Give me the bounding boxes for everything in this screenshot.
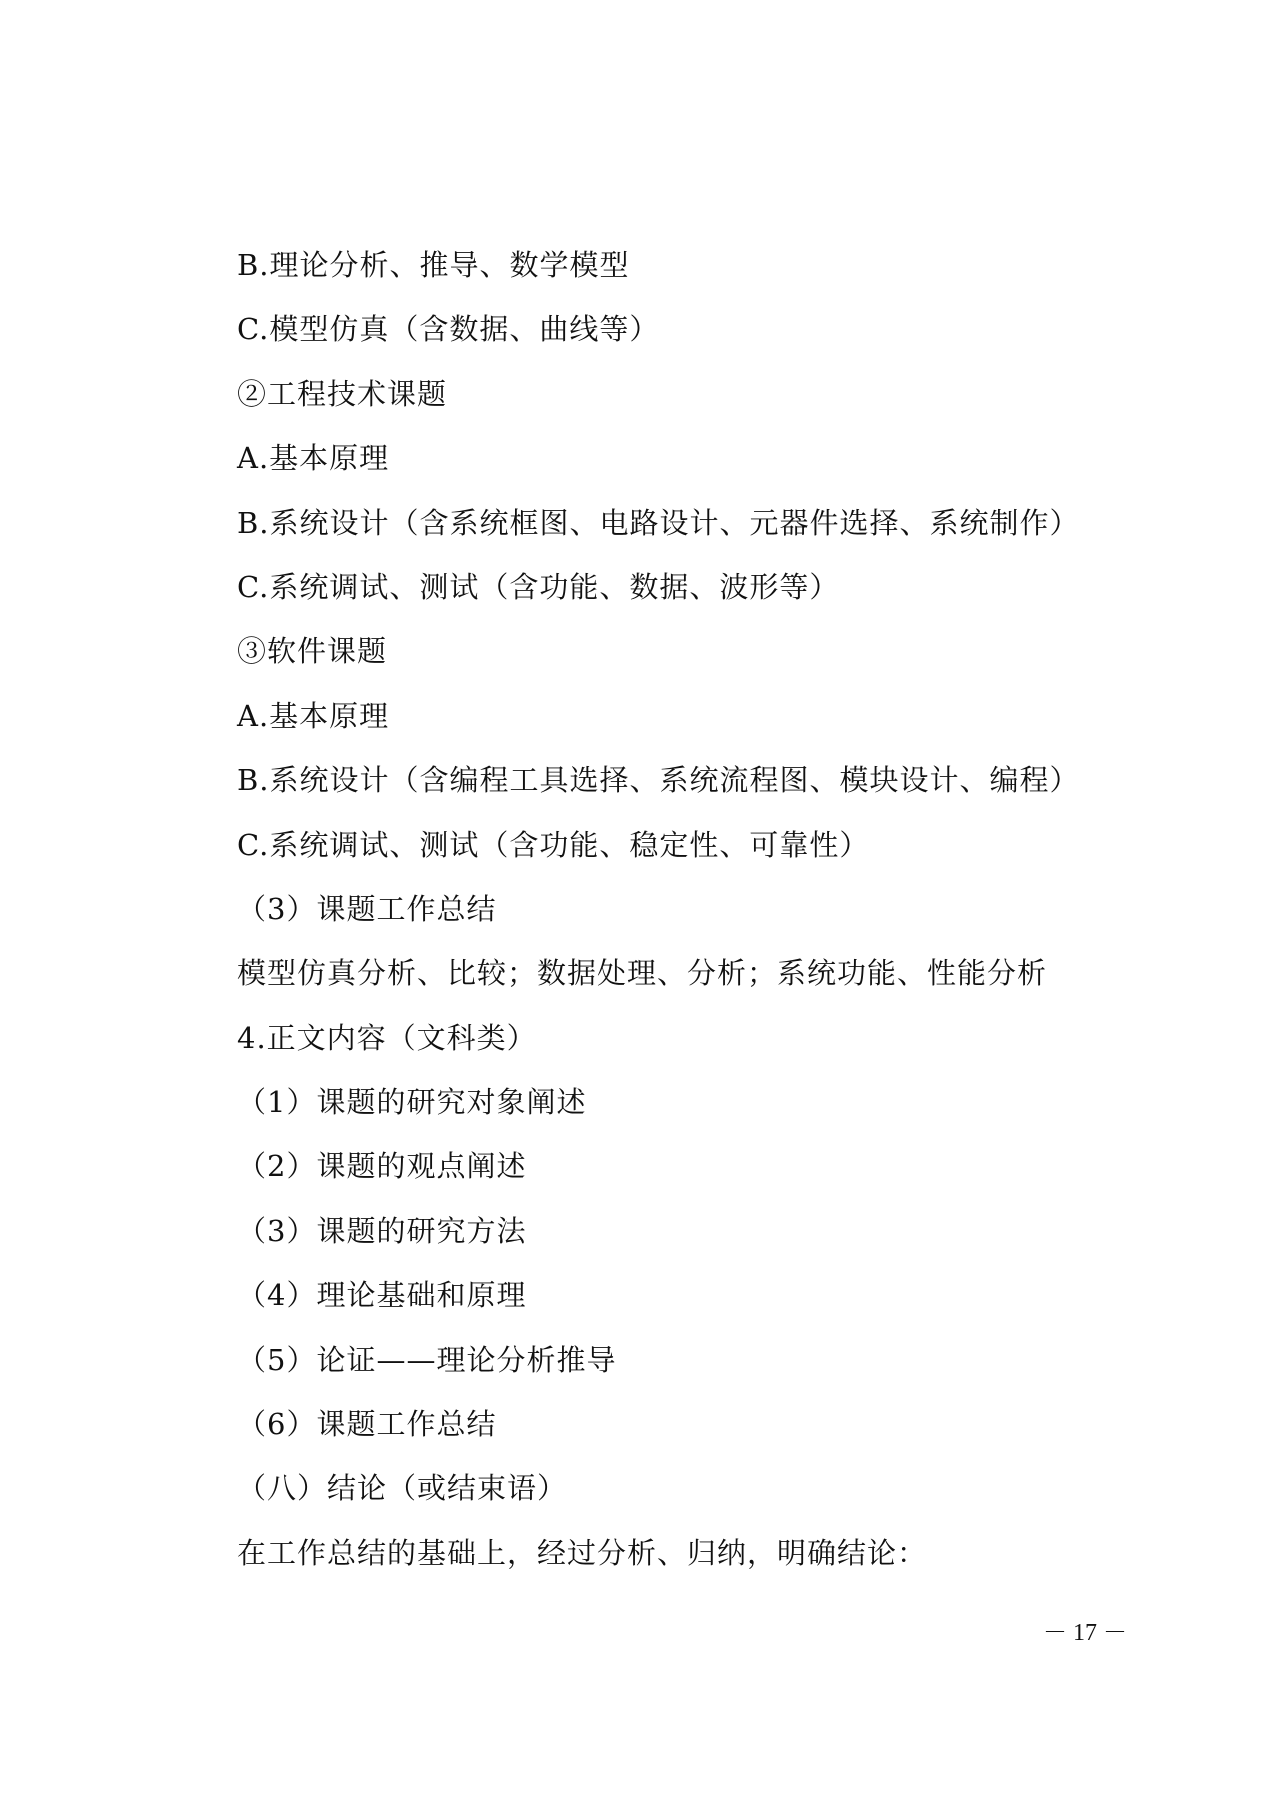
section-heading: （八）结论（或结束语） (237, 1456, 1137, 1520)
text-line: A.基本原理 (237, 426, 1137, 490)
text-line: C.系统调试、测试（含功能、稳定性、可靠性） (237, 813, 1137, 877)
text-line: A.基本原理 (237, 684, 1137, 748)
text-line: 模型仿真分析、比较；数据处理、分析；系统功能、性能分析 (237, 941, 1137, 1005)
section-heading: ②工程技术课题 (237, 362, 1137, 426)
text-line: C.系统调试、测试（含功能、数据、波形等） (237, 555, 1137, 619)
text-line: 在工作总结的基础上，经过分析、归纳，明确结论： (237, 1521, 1137, 1585)
page-number: － 17 － (1030, 1612, 1140, 1647)
list-item: （4）理论基础和原理 (237, 1263, 1137, 1327)
section-heading: （3）课题工作总结 (237, 877, 1137, 941)
list-item: （1）课题的研究对象阐述 (237, 1070, 1137, 1134)
text-line: B.理论分析、推导、数学模型 (237, 233, 1137, 297)
body-text: B.理论分析、推导、数学模型 C.模型仿真（含数据、曲线等） ②工程技术课题 A… (237, 233, 1137, 1585)
list-item: （6）课题工作总结 (237, 1392, 1137, 1456)
document-page: B.理论分析、推导、数学模型 C.模型仿真（含数据、曲线等） ②工程技术课题 A… (0, 0, 1273, 1800)
section-heading: 4.正文内容（文科类） (237, 1006, 1137, 1070)
text-line: B.系统设计（含编程工具选择、系统流程图、模块设计、编程） (237, 748, 1137, 812)
list-item: （5）论证——理论分析推导 (237, 1328, 1137, 1392)
section-heading: ③软件课题 (237, 619, 1137, 683)
list-item: （2）课题的观点阐述 (237, 1134, 1137, 1198)
text-line: B.系统设计（含系统框图、电路设计、元器件选择、系统制作） (237, 491, 1137, 555)
text-line: C.模型仿真（含数据、曲线等） (237, 297, 1137, 361)
list-item: （3）课题的研究方法 (237, 1199, 1137, 1263)
